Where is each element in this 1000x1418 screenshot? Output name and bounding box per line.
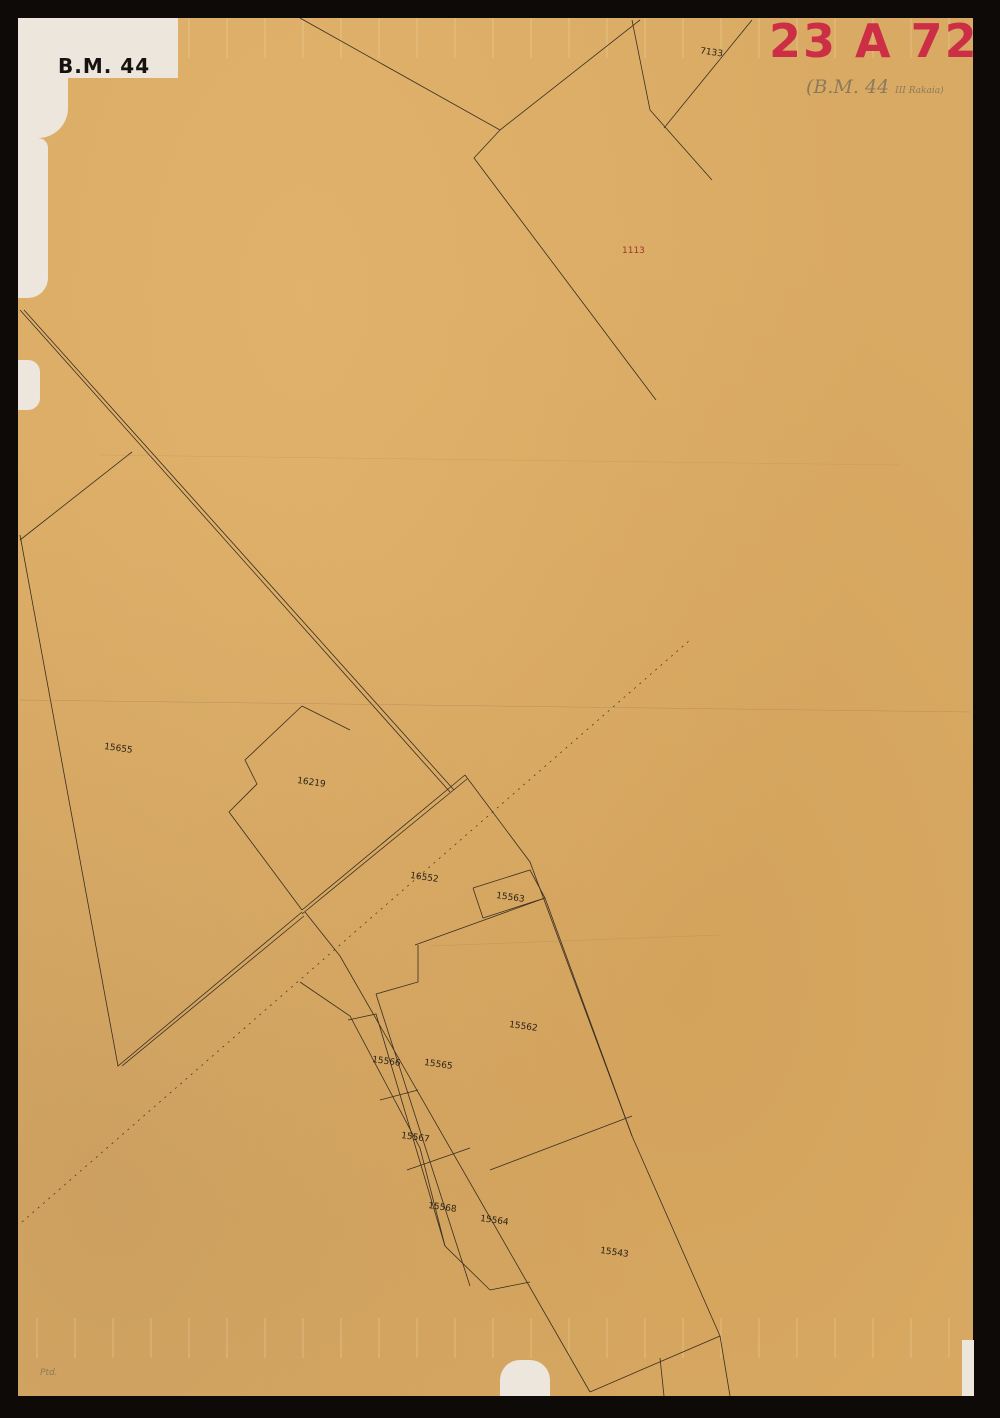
lot-label: 1113 bbox=[622, 246, 645, 256]
pencil-annotation: (B.M. 44 III Rakaia) bbox=[806, 76, 944, 98]
catalog-code-stamp: 23 A 72 bbox=[769, 14, 979, 68]
corner-signature: Ptd. bbox=[40, 1368, 58, 1378]
pencil-note-small: III Rakaia) bbox=[895, 86, 943, 96]
pencil-note-main: (B.M. 44 bbox=[806, 76, 889, 98]
survey-lines bbox=[0, 0, 1000, 1418]
sheet-id-label: B.M. 44 bbox=[58, 54, 150, 78]
